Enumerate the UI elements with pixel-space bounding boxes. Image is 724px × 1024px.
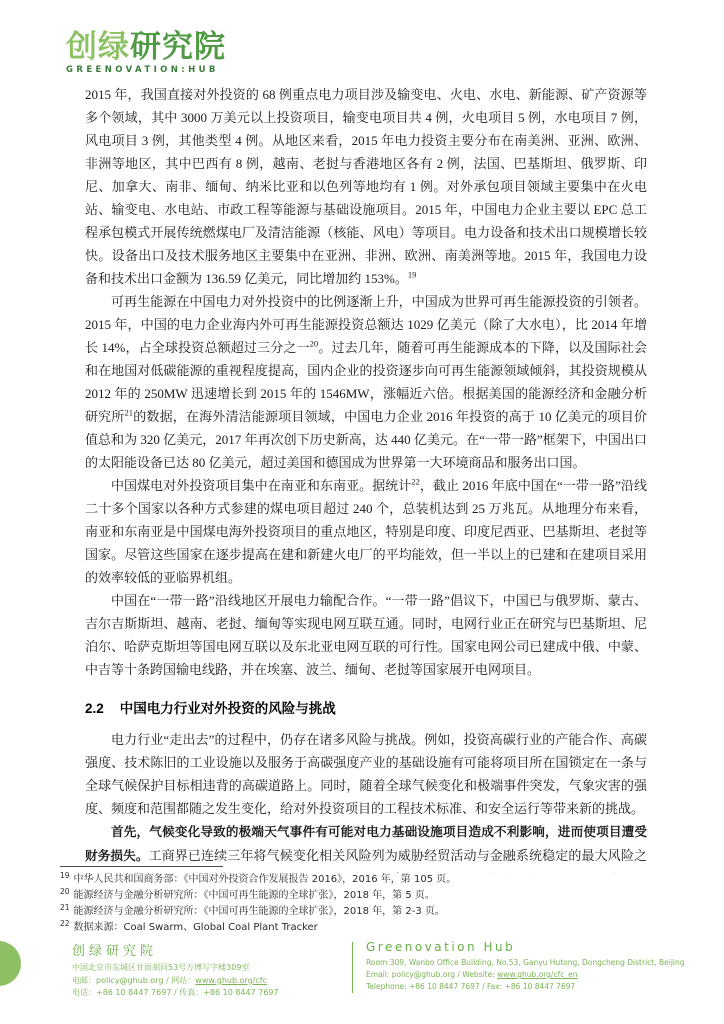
footnote-ref-21: 21 xyxy=(125,408,134,418)
footnote-19: 19中华人民共和国商务部：《中国对外投资合作发展报告 2016》，2016 年，… xyxy=(60,872,660,888)
para-power-investment-2015: 2015 年，我国直接对外投资的 68 例重点电力项目涉及输变电、火电、水电、新… xyxy=(85,83,647,290)
para-grid-interconnection: 中国在“一带一路”沿线地区开展电力输配合作。“一带一路”倡议下，中国已与俄罗斯、… xyxy=(85,589,647,681)
footnotes-section: 19中华人民共和国商务部：《中国对外投资合作发展报告 2016》，2016 年，… xyxy=(60,866,660,936)
footer-chinese-column: 创绿研究院 中国北京市东城区甘雨胡同53号万博写字楼309室 电邮：policy… xyxy=(72,940,344,1000)
para-text: 2015 年，我国直接对外投资的 68 例重点电力项目涉及输变电、火电、水电、新… xyxy=(85,87,647,286)
logo-chinese-name: 创绿研究院 xyxy=(66,30,226,63)
footnote-text: 能源经济与金融分析研究所：《中国可再生能源的全球扩张》，2018 年，第 2-3… xyxy=(74,906,445,917)
para-text: ，截止 2016 年底中国在“一带一路”沿线二十多个国家以各种方式参建的煤电项目… xyxy=(85,478,647,585)
footnote-ref-19: 19 xyxy=(408,270,417,280)
para-risks-overview: 电力行业“走出去”的过程中，仍存在诸多风险与挑战。例如，投资高碳行业的产能合作、… xyxy=(85,728,647,820)
footer-phone-en: Telephone: +86 10 8447 7697 / Fax: +86 1… xyxy=(366,981,718,993)
footnote-21: 21能源经济与金融分析研究所：《中国可再生能源的全球扩张》，2018 年，第 2… xyxy=(60,904,660,920)
logo-zh-light: 创绿 xyxy=(66,29,130,64)
para-text: 中国煤电对外投资项目集中在南亚和东南亚。据统计 xyxy=(111,478,411,493)
footnote-number: 20 xyxy=(60,887,70,896)
para-text: 的数据，在海外清洁能源项目领域，中国电力企业 2016 年投资的高于 10 亿美… xyxy=(85,409,647,470)
footnote-text: 数据来源：Coal Swarm、Global Coal Plant Tracke… xyxy=(74,922,318,933)
footer-org-name-zh: 创绿研究院 xyxy=(72,940,344,959)
footer-contact-zh: 电邮：policy@ghub.org / 网站：www.ghub.org/cfc xyxy=(72,975,344,988)
footnote-text: 中华人民共和国商务部：《中国对外投资合作发展报告 2016》，2016 年，第 … xyxy=(74,874,457,885)
footer-phone-zh: 电话：+86 10 8447 7697 / 传真：+86 10 8447 769… xyxy=(72,987,344,1000)
footer-address-en: Room 309, Wanbo Office Building, No.53, … xyxy=(366,957,718,969)
footer-address-zh: 中国北京市东城区甘雨胡同53号万博写字楼309室 xyxy=(72,962,344,975)
document-body: 2015 年，我国直接对外投资的 68 例重点电力项目涉及输变电、火电、水电、新… xyxy=(85,83,647,873)
footer-column-divider xyxy=(352,942,353,993)
logo-english-name: GREENOVATION:HUB xyxy=(66,65,226,75)
footnote-ref-20: 20 xyxy=(310,339,319,349)
footer-email-label-en: Email: policy@ghub.org / Website: xyxy=(366,970,497,979)
footnote-number: 19 xyxy=(60,871,70,880)
section-number: 2.2 xyxy=(85,701,104,716)
section-heading-2-2: 2.2中国电力行业对外投资的风险与挑战 xyxy=(85,697,647,720)
page-edge-dot-decoration xyxy=(0,941,21,986)
footer-english-column: Greenovation Hub Room 309, Wanbo Office … xyxy=(366,940,718,993)
document-page: 创绿研究院 GREENOVATION:HUB 2015 年，我国直接对外投资的 … xyxy=(0,0,724,1024)
org-logo: 创绿研究院 GREENOVATION:HUB xyxy=(66,30,226,75)
footnote-ref-22: 22 xyxy=(411,477,420,487)
para-coal-power-investment: 中国煤电对外投资项目集中在南亚和东南亚。据统计22，截止 2016 年底中国在“… xyxy=(85,474,647,589)
footnote-number: 21 xyxy=(60,903,70,912)
footnote-22: 22数据来源：Coal Swarm、Global Coal Plant Trac… xyxy=(60,920,660,936)
footer-website-link-zh[interactable]: www.ghub.org/cfc xyxy=(195,976,267,985)
para-renewables-rise: 可再生能源在中国电力对外投资中的比例逐渐上升，中国成为世界可再生能源投资的引领者… xyxy=(85,290,647,474)
footnote-text: 能源经济与金融分析研究所：《中国可再生能源的全球扩张》，2018 年，第 5 页… xyxy=(74,890,435,901)
footer-website-link-en[interactable]: www.ghub.org/cfc_en xyxy=(497,970,577,979)
footnote-number: 22 xyxy=(60,919,70,928)
section-title: 中国电力行业对外投资的风险与挑战 xyxy=(120,701,336,716)
footer-org-name-en: Greenovation Hub xyxy=(366,940,718,954)
footer-contact-en: Email: policy@ghub.org / Website: www.gh… xyxy=(366,969,718,981)
footnote-20: 20能源经济与金融分析研究所：《中国可再生能源的全球扩张》，2018 年，第 5… xyxy=(60,888,660,904)
footer-email-label-zh: 电邮：policy@ghub.org / 网站： xyxy=(72,976,195,985)
footnote-separator xyxy=(60,866,223,867)
logo-zh-dark: 研究院 xyxy=(130,29,226,64)
